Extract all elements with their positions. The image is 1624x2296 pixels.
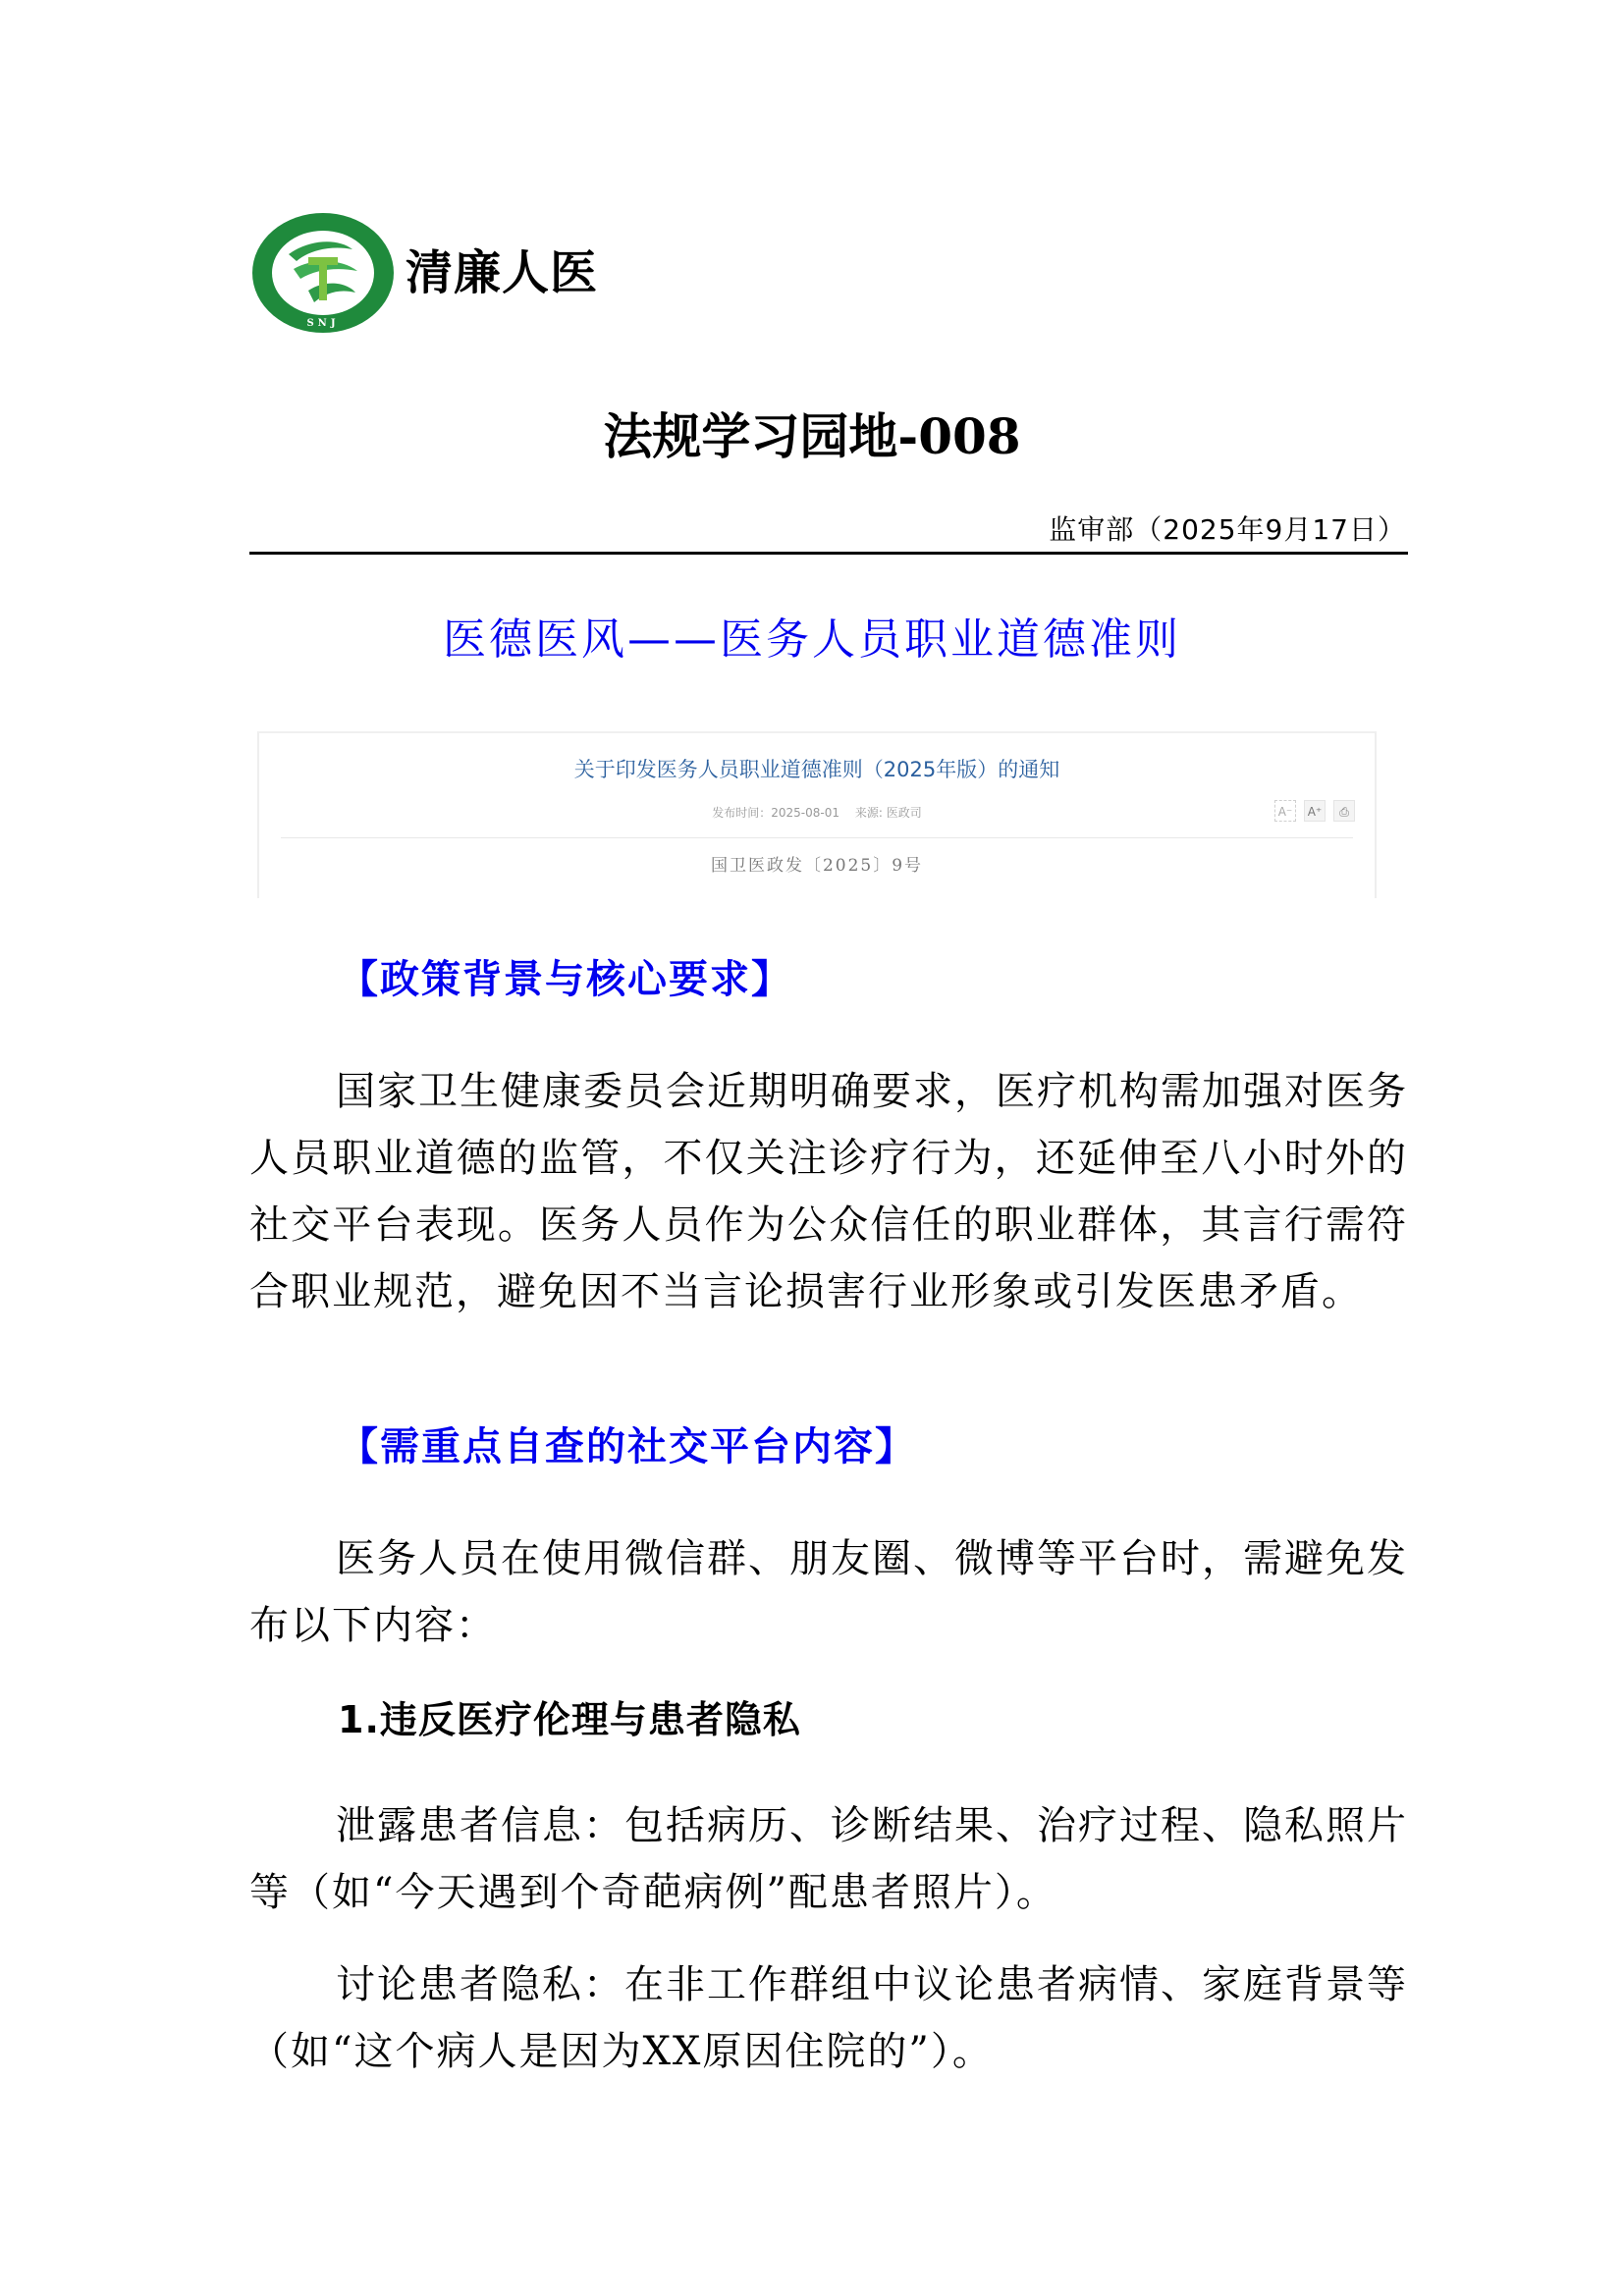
font-decrease-button[interactable]: A⁻ <box>1274 800 1296 822</box>
publish-date: 2025-08-01 <box>771 806 839 820</box>
paragraph-leak-patient-info: 泄露患者信息：包括病历、诊断结果、治疗过程、隐私照片等（如“今天遇到个奇葩病例”… <box>249 1792 1408 1926</box>
source-value: 医政司 <box>887 806 922 820</box>
section-heading-self-check: 【需重点自查的社交平台内容】 <box>339 1417 916 1476</box>
hospital-emblem-icon: SNJ <box>249 210 397 336</box>
publish-label: 发布时间： <box>712 806 771 820</box>
print-button[interactable]: ⎙ <box>1333 800 1355 822</box>
brand-title: 清廉人医 <box>406 243 598 302</box>
source-label: 来源: <box>855 806 883 820</box>
paragraph-self-check-intro: 医务人员在使用微信群、朋友圈、微博等平台时，需避免发布以下内容： <box>249 1525 1408 1659</box>
hospital-logo: SNJ <box>249 210 397 336</box>
document-number: 国卫医政发〔2025〕9号 <box>259 853 1375 879</box>
paragraph-policy-background: 国家卫生健康委员会近期明确要求，医疗机构需加强对医务人员职业道德的监管，不仅关注… <box>249 1058 1408 1325</box>
notice-divider <box>281 837 1353 838</box>
paragraph-discuss-patient-privacy: 讨论患者隐私：在非工作群组中议论患者病情、家庭背景等（如“这个病人是因为XX原因… <box>249 1951 1408 2085</box>
notice-meta: 发布时间：2025-08-01 来源: 医政司 <box>259 804 1375 822</box>
notice-title: 关于印发医务人员职业道德准则（2025年版）的通知 <box>259 755 1375 784</box>
header-divider <box>249 552 1408 555</box>
font-increase-button[interactable]: A⁺ <box>1304 800 1326 822</box>
section-heading-policy-background: 【政策背景与核心要求】 <box>339 950 792 1009</box>
notice-screenshot: 关于印发医务人员职业道德准则（2025年版）的通知 发布时间：2025-08-0… <box>257 731 1377 898</box>
document-subtitle: 医德医风——医务人员职业道德准则 <box>0 609 1624 671</box>
notice-toolbar: A⁻ A⁺ ⎙ <box>1274 800 1355 822</box>
printer-icon: ⎙ <box>1339 805 1349 819</box>
svg-text:SNJ: SNJ <box>306 318 339 329</box>
department-date: 监审部（2025年9月17日） <box>1049 510 1406 550</box>
page-title: 法规学习园地-008 <box>0 402 1624 471</box>
subsection-heading-ethics-privacy: 1.违反医疗伦理与患者隐私 <box>338 1690 801 1749</box>
